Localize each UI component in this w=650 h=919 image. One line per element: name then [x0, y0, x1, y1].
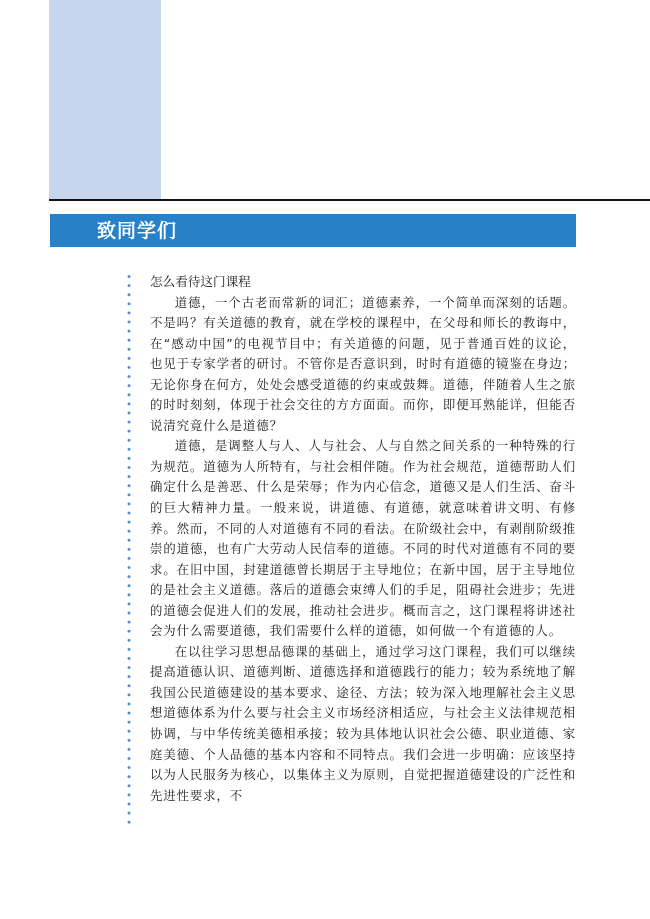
paragraph-1: 道德，一个古老而常新的词汇；道德素养，一个简单而深刻的话题。不是吗？有关道德的教… — [150, 293, 576, 437]
section-heading: 怎么看待这门课程 — [150, 272, 576, 293]
horizontal-rule — [49, 199, 650, 201]
decorative-side-block — [49, 0, 161, 200]
paragraph-2: 道德，是调整人与人、人与社会、人与自然之间关系的一种特殊的行为规范。道德为人所特… — [150, 436, 576, 641]
section-title-bar: 致同学们 — [50, 214, 576, 247]
paragraph-3: 在以往学习思想品德课的基础上，通过学习这门课程，我们可以继续提高道德认识、道德判… — [150, 642, 576, 806]
page-title: 致同学们 — [97, 218, 177, 244]
document-body: 怎么看待这门课程 道德，一个古老而常新的词汇；道德素养，一个简单而深刻的话题。不… — [150, 272, 576, 806]
dotted-margin-line — [127, 272, 131, 827]
